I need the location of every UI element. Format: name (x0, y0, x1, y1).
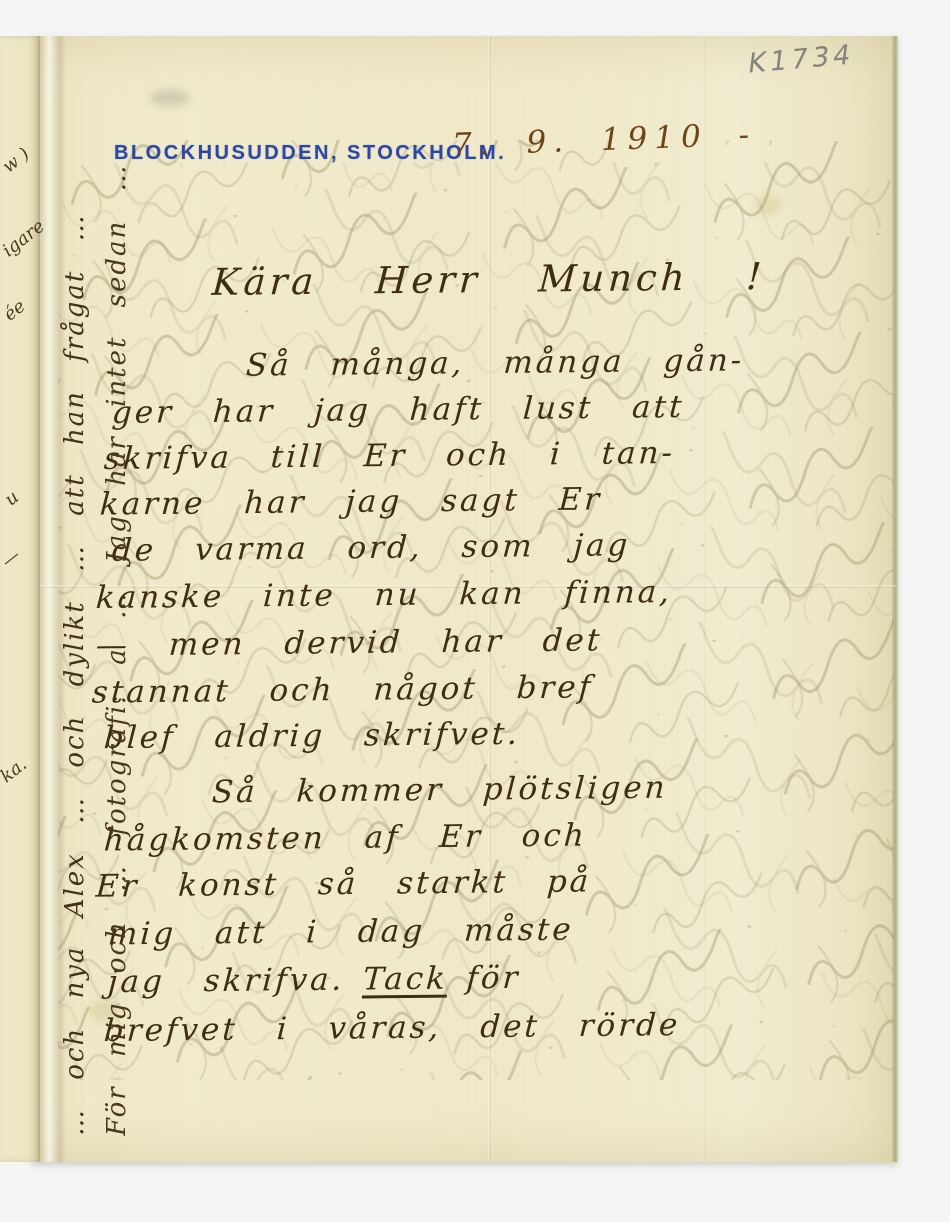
adjacent-page-strip (0, 36, 40, 1162)
letter-line: stannat och något bref (91, 669, 594, 710)
salutation: Kära Herr Munch ! (211, 255, 767, 304)
vertical-crease (702, 36, 705, 1162)
smudge-stain (150, 90, 190, 106)
letter-line: blef aldrig skrifvet. (103, 716, 521, 756)
tack-underlined-word: Tack (362, 961, 449, 998)
letterhead-stamp: BLOCKHUSUDDEN, STOCKHOLM. (114, 142, 506, 165)
marginalia-vertical-inner: För mig och … fotografi: a … Jag har int… (102, 151, 138, 1136)
page-right-edge (892, 36, 898, 1162)
letter-line: karne har jag sagt Er (99, 481, 603, 522)
letter-line: Så kommer plötsligen (211, 770, 669, 811)
letter-line-tack: jag skrifva. Tack för (107, 960, 522, 1000)
letter-line: brefvet i våras, det rörde (103, 1007, 681, 1049)
letter-line: mig att i dag måste (107, 912, 575, 953)
letter-line: de varma ord, som jag (111, 527, 632, 568)
marginalia-vertical-outer: … och nya Alex … och dylikt … att han fr… (60, 151, 96, 1136)
tack-post: för (447, 960, 522, 997)
letter-line: Så många, många gån- (245, 342, 745, 383)
tack-pre: jag skrifva. (107, 961, 364, 1000)
paper-stain (755, 195, 781, 215)
letter-line: ger har jag haft lust att (111, 389, 686, 431)
letter-line: Er konst så starkt på (95, 863, 592, 904)
letter-line: kanske inte nu kan finna, (95, 574, 673, 616)
letter-line: — men dervid har det (95, 622, 603, 663)
letter-line: skrifva till Er och i tan- (103, 435, 676, 477)
letter-line: hågkomsten af Er och (103, 817, 588, 858)
